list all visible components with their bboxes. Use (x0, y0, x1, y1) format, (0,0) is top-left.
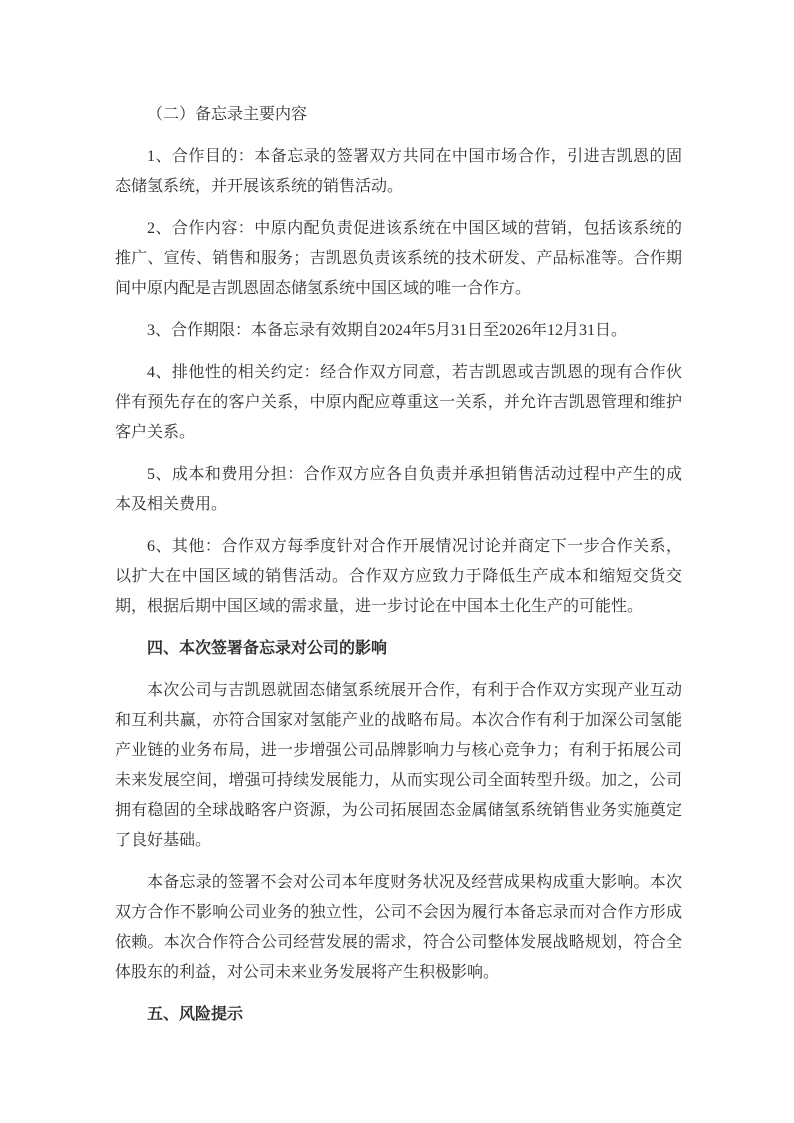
impact-paragraph-2: 本备忘录的签署不会对公司本年度财务状况及经营成果构成重大影响。本次双方合作不影响… (115, 868, 682, 988)
memo-item-1-purpose: 1、合作目的：本备忘录的签署双方共同在中国市场合作，引进吉凯恩的固态储氢系统，并… (115, 142, 682, 202)
section-heading-impact: 四、本次签署备忘录对公司的影响 (115, 634, 682, 664)
section-heading-risk: 五、风险提示 (115, 1000, 682, 1030)
memo-item-5-costs: 5、成本和费用分担：合作双方应各自负责并承担销售活动过程中产生的成本及相关费用。 (115, 460, 682, 520)
memo-item-3-term: 3、合作期限：本备忘录有效期自2024年5月31日至2026年12月31日。 (115, 316, 682, 346)
memo-item-4-exclusivity: 4、排他性的相关约定：经合作双方同意，若吉凯恩或吉凯恩的现有合作伙伴有预先存在的… (115, 358, 682, 448)
document-page: （二）备忘录主要内容 1、合作目的：本备忘录的签署双方共同在中国市场合作，引进吉… (0, 0, 794, 1123)
memo-content-subheading: （二）备忘录主要内容 (115, 100, 682, 130)
memo-item-6-others: 6、其他：合作双方每季度针对合作开展情况讨论并商定下一步合作关系，以扩大在中国区… (115, 532, 682, 622)
impact-paragraph-1: 本次公司与吉凯恩就固态储氢系统展开合作，有利于合作双方实现产业互动和互利共赢，亦… (115, 676, 682, 856)
memo-item-2-content: 2、合作内容：中原内配负责促进该系统在中国区域的营销，包括该系统的推广、宣传、销… (115, 214, 682, 304)
